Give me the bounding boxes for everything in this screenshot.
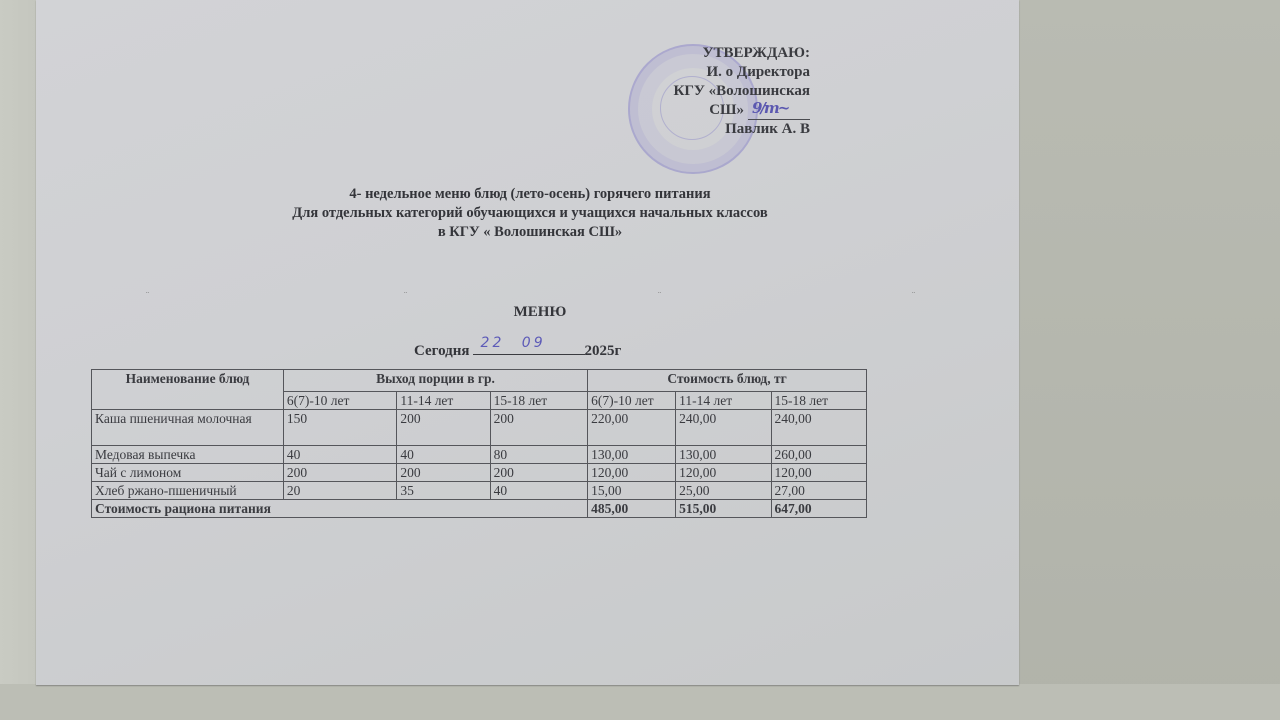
portion-cell: 200 [397, 410, 490, 446]
column-header-age: 6(7)-10 лет [283, 392, 396, 410]
portion-cell: 200 [490, 410, 588, 446]
approval-position: И. о Директора [640, 63, 810, 82]
cost-cell: 220,00 [588, 410, 676, 446]
cost-cell: 130,00 [588, 446, 676, 464]
column-group-portion: Выход порции в гр. [283, 370, 587, 392]
table-header-row: Наименование блюд Выход порции в гр. Сто… [92, 370, 867, 392]
portion-cell: 200 [397, 464, 490, 482]
approver-name: Павлик А. В [640, 120, 810, 139]
dish-name: Медовая выпечка [92, 446, 284, 464]
cost-cell: 27,00 [771, 482, 866, 500]
table-total-row: Стоимость рациона питания 485,00 515,00 … [92, 500, 867, 518]
portion-cell: 20 [283, 482, 396, 500]
approval-block: УТВЕРЖДАЮ: И. о Директора КГУ «Волошинск… [640, 44, 810, 139]
total-cell: 485,00 [588, 500, 676, 518]
document-title: 4- недельное меню блюд (лето-осень) горя… [200, 185, 860, 242]
background-surface [0, 684, 1280, 720]
portion-cell: 40 [490, 482, 588, 500]
print-artifact: ¨ [658, 290, 661, 300]
date-line: Сегодня22 092025г [414, 339, 621, 360]
cost-cell: 120,00 [771, 464, 866, 482]
column-header-age: 11-14 лет [397, 392, 490, 410]
dish-name: Каша пшеничная молочная [92, 410, 284, 446]
handwritten-date: 22 09 [481, 335, 546, 351]
table-row: Хлеб ржано-пшеничный 20 35 40 15,00 25,0… [92, 482, 867, 500]
total-cell: 515,00 [676, 500, 771, 518]
portion-cell: 80 [490, 446, 588, 464]
signature-row: СШ» 9/m~ [640, 101, 810, 120]
table-row: Медовая выпечка 40 40 80 130,00 130,00 2… [92, 446, 867, 464]
signature-line: 9/m~ [748, 103, 810, 120]
portion-cell: 200 [490, 464, 588, 482]
title-line-3: в КГУ « Волошинская СШ» [200, 223, 860, 242]
approval-org-line2: СШ» [709, 101, 744, 120]
print-artifact: ¨ [912, 290, 915, 300]
portion-cell: 40 [283, 446, 396, 464]
column-header-age: 15-18 лет [771, 392, 866, 410]
approval-heading: УТВЕРЖДАЮ: [640, 44, 810, 63]
title-line-1: 4- недельное меню блюд (лето-осень) горя… [200, 185, 860, 204]
cost-cell: 130,00 [676, 446, 771, 464]
cost-cell: 120,00 [588, 464, 676, 482]
table-row: Каша пшеничная молочная 150 200 200 220,… [92, 410, 867, 446]
column-header-age: 11-14 лет [676, 392, 771, 410]
portion-cell: 150 [283, 410, 396, 446]
cost-cell: 260,00 [771, 446, 866, 464]
column-header-name: Наименование блюд [92, 370, 284, 410]
cost-cell: 240,00 [771, 410, 866, 446]
menu-table: Наименование блюд Выход порции в гр. Сто… [91, 369, 867, 518]
total-label: Стоимость рациона питания [92, 500, 588, 518]
portion-cell: 35 [397, 482, 490, 500]
total-cell: 647,00 [771, 500, 866, 518]
cost-cell: 240,00 [676, 410, 771, 446]
menu-heading: МЕНЮ [400, 304, 680, 321]
cost-cell: 120,00 [676, 464, 771, 482]
cost-cell: 15,00 [588, 482, 676, 500]
column-header-age: 15-18 лет [490, 392, 588, 410]
dish-name: Чай с лимоном [92, 464, 284, 482]
year: 2025г [585, 343, 622, 359]
background-wall [1018, 0, 1280, 720]
portion-cell: 200 [283, 464, 396, 482]
dish-name: Хлеб ржано-пшеничный [92, 482, 284, 500]
column-header-age: 6(7)-10 лет [588, 392, 676, 410]
print-artifact: ¨ [404, 290, 407, 300]
print-artifact: ¨ [146, 290, 149, 300]
column-group-cost: Стоимость блюд, тг [588, 370, 867, 392]
cost-cell: 25,00 [676, 482, 771, 500]
date-blank: 22 09 [473, 339, 585, 355]
today-label: Сегодня [414, 343, 470, 359]
signature: 9/m~ [752, 99, 788, 118]
portion-cell: 40 [397, 446, 490, 464]
table-row: Чай с лимоном 200 200 200 120,00 120,00 … [92, 464, 867, 482]
title-line-2: Для отдельных категорий обучающихся и уч… [200, 204, 860, 223]
